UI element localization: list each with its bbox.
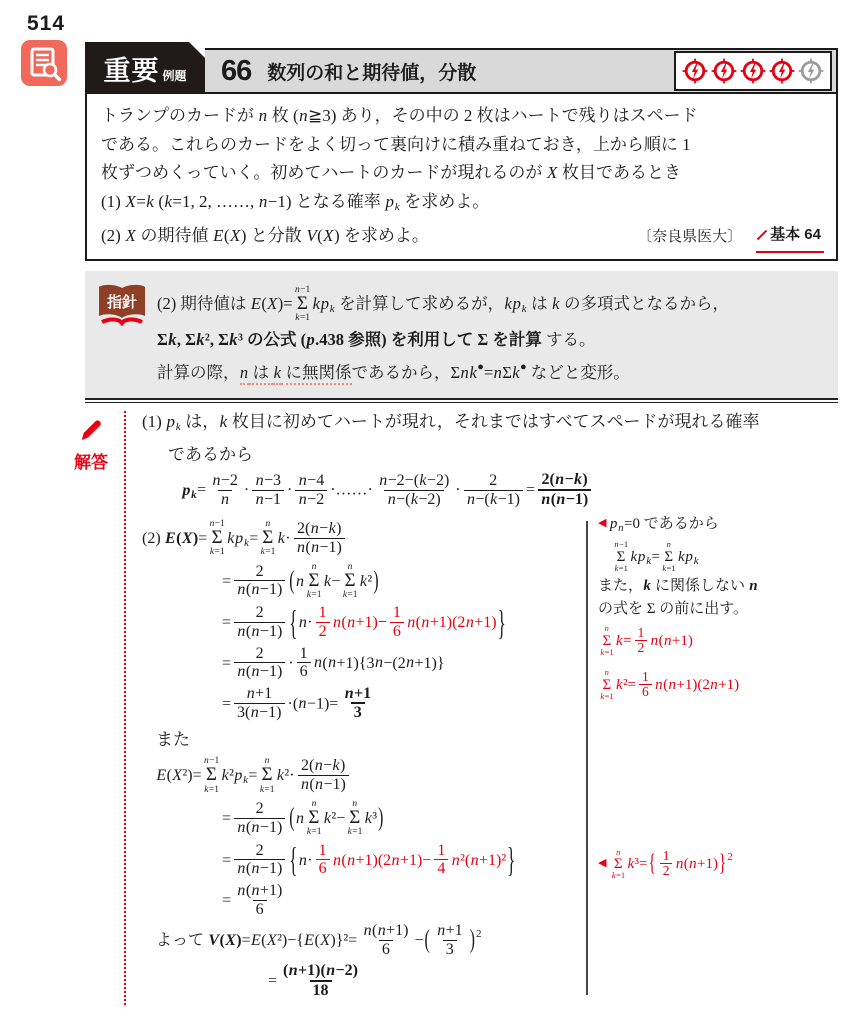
dial-bolt-icon bbox=[711, 58, 737, 84]
solution-line: (2) E(X)=n−1Σk=1kpk=nΣk=1k·2(n−k)n(n−1) bbox=[138, 520, 590, 559]
example-title-bar: 66 数列の和と期待値，分散 bbox=[205, 48, 838, 94]
problem-line: 枚ずつめくっていく。初めてハートのカードが現れるのが X 枚目であるとき bbox=[101, 159, 824, 188]
solution-line: =2n(n−1){n·12n(n+1)−16n(n+1)(2n+1)} bbox=[138, 605, 590, 641]
answer-dotted-rule bbox=[124, 411, 126, 1005]
solution-line: =2n(n−1)·16n(n+1){3n−(2n+1)} bbox=[138, 646, 590, 682]
answer-label: 解答 bbox=[62, 448, 120, 473]
solution-line: であるから bbox=[138, 442, 590, 468]
problem-line: である。これらのカードをよく切って裏向けに積み重ねておき，上から順に 1 bbox=[101, 131, 824, 160]
difficulty-meter bbox=[674, 51, 832, 91]
dial-bolt-icon bbox=[798, 58, 824, 84]
pencil-icon bbox=[75, 415, 107, 445]
solution-line: また bbox=[138, 727, 590, 753]
margin-note-line: ◀pn=0 であるから bbox=[598, 513, 758, 539]
margin-note: nΣk=1k=12n(n+1) bbox=[598, 623, 693, 660]
problem-box: トランプのカードが n 枚 (n≧3) あり，その中の 2 枚はハートで残りはス… bbox=[85, 94, 838, 261]
solution-section: 解答 (1) pk は，k 枚目に初めてハートが現れ，それまではすべてスペードが… bbox=[62, 409, 842, 1009]
margin-note-line: nΣk=1k²=16n(n+1)(2n+1) bbox=[598, 669, 739, 702]
red-slash-icon bbox=[756, 229, 768, 241]
importance-badge-sublabel: 例題 bbox=[162, 67, 186, 84]
solution-line: E(X²)=n−1Σk=1k²pk=nΣk=1k²·2(n−k)n(n−1) bbox=[138, 757, 590, 796]
solution-line: よって V(X)=E(X²)−{E(X)}²=n(n+1)6−(n+13)2 bbox=[138, 923, 590, 959]
basic-reference-link[interactable]: 基本 64 bbox=[756, 221, 824, 253]
importance-badge: 重要 例題 bbox=[85, 42, 205, 94]
open-book-icon: 指針 bbox=[95, 283, 149, 329]
answer-marker: 解答 bbox=[62, 415, 120, 473]
guideline-line: Σk, Σk², Σk³ の公式 (p.438 参照) を利用して Σ を計算 … bbox=[157, 327, 824, 352]
solution-line: pk=n−2n·n−3n−1·n−4n−2·……·n−2−(k−2)n−(k−2… bbox=[138, 472, 590, 509]
problem-line: (1) X=k (k=1, 2, ……, n−1) となる確率 pk を求めよ。 bbox=[101, 188, 824, 222]
solution-line: =(n+1)(n−2)18 bbox=[138, 963, 590, 1000]
page-number: 514 bbox=[27, 12, 65, 36]
margin-note-line: n−1Σk=1kpk=nΣk=1kpk bbox=[598, 541, 758, 574]
example-header: 重要 例題 66 数列の和と期待値，分散 bbox=[85, 42, 838, 94]
document-search-icon bbox=[21, 40, 67, 86]
dial-bolt-icon bbox=[682, 58, 708, 84]
solution-line: =n(n+1)6 bbox=[138, 883, 590, 919]
basic-reference-label: 基本 64 bbox=[770, 221, 821, 250]
problem-line: トランプのカードが n 枚 (n≧3) あり，その中の 2 枚はハートで残りはス… bbox=[101, 102, 824, 131]
margin-note-line: また，k に関係しない n bbox=[598, 576, 758, 597]
solution-line: =2n(n−1)(nnΣk=1k²−nΣk=1k³) bbox=[138, 800, 590, 839]
margin-note: ◀pn=0 であるからn−1Σk=1kpk=nΣk=1kpkまた，k に関係しな… bbox=[598, 511, 758, 622]
margin-note-line: nΣk=1k=12n(n+1) bbox=[598, 625, 693, 658]
solution-body: (1) pk は，k 枚目に初めてハートが現れ，それまではすべてスペードが現れる… bbox=[138, 409, 590, 1000]
problem-line: (2) X の期待値 E(X) と分散 V(X) を求めよ。 〔奈良県医大〕 基… bbox=[101, 221, 824, 253]
solution-line: =n+13(n−1)·(n−1)=n+13 bbox=[138, 686, 590, 723]
margin-note: nΣk=1k²=16n(n+1)(2n+1) bbox=[598, 667, 739, 704]
guideline-line: (2) 期待値は E(X)=n−1Σk=1kpk を計算して求めるが，kpk は… bbox=[157, 286, 824, 325]
guideline-label: 指針 bbox=[106, 293, 137, 311]
textbook-page: 514 重要 例題 66 数列の和と期待値，分散 トランプのカードが n 枚 (… bbox=[0, 0, 842, 1028]
margin-note-line: ◀nΣk=1k³={12n(n+1)}2 bbox=[598, 847, 733, 881]
dial-bolt-icon bbox=[769, 58, 795, 84]
margin-divider bbox=[586, 521, 588, 995]
example-number: 66 bbox=[221, 55, 251, 88]
margin-note: ◀nΣk=1k³={12n(n+1)}2 bbox=[598, 845, 733, 883]
solution-line: =2n(n−1){n·16n(n+1)(2n+1)−14n²(n+1)²} bbox=[138, 843, 590, 879]
double-rule bbox=[85, 398, 838, 403]
importance-badge-label: 重要 bbox=[103, 49, 159, 88]
solution-line: =2n(n−1)(nnΣk=1k−nΣk=1k²) bbox=[138, 563, 590, 602]
margin-note-line: の式を Σ の前に出す。 bbox=[598, 599, 758, 620]
source-label: 〔奈良県医大〕 bbox=[637, 223, 742, 252]
guideline-line: 計算の際，n は k に無関係であるから，Σnk●=nΣk● などと変形。 bbox=[157, 355, 824, 385]
dial-bolt-icon bbox=[740, 58, 766, 84]
problem-line-text: (2) X の期待値 E(X) と分散 V(X) を求めよ。 bbox=[101, 222, 429, 251]
guideline-box: 指針 (2) 期待値は E(X)=n−1Σk=1kpk を計算して求めるが，kp… bbox=[85, 271, 838, 399]
example-title: 数列の和と期待値，分散 bbox=[267, 58, 476, 85]
solution-line: (1) pk は，k 枚目に初めてハートが現れ，それまではすべてスペードが現れる… bbox=[138, 409, 590, 440]
